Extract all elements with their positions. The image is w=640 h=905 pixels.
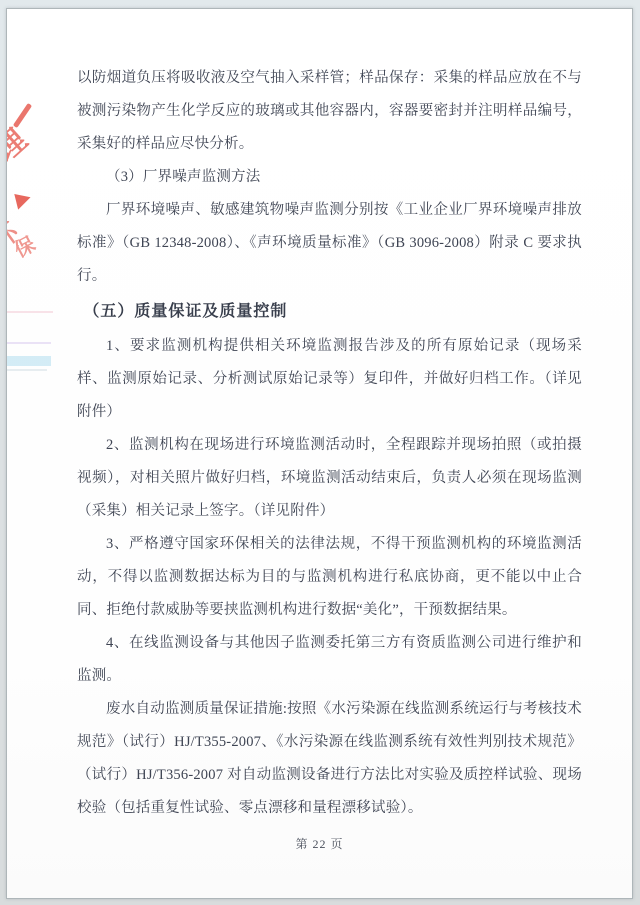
body-paragraph: 以防烟道负压将吸收液及空气抽入采样管；样品保存：采集的样品应放在不与被测污染物产…: [77, 62, 582, 161]
scan-artifact: [7, 311, 53, 313]
stamp-character: 环: [7, 213, 25, 257]
stamp-triangle-icon: [14, 190, 32, 209]
body-paragraph: 2、监测机构在现场进行环境监测活动时，全程跟踪并现场拍照（或拍摄视频），对相关照…: [77, 429, 582, 528]
document-page: 理 环 保 以防烟道负压将吸收液及空气抽入采样管；样品保存：采集的样品应放在不与…: [6, 8, 633, 899]
page-footer: 第 22 页: [7, 835, 632, 852]
stamp-stroke-icon: [13, 103, 32, 128]
scan-artifact: [7, 356, 51, 366]
scan-artifact: [7, 369, 47, 371]
body-paragraph: 废水自动监测质量保证措施:按照《水污染源在线监测系统运行与考核技术规范》（试行）…: [77, 693, 582, 825]
stamp-character: 理: [7, 117, 35, 170]
scan-artifact: [7, 342, 51, 344]
body-paragraph: 3、严格遵守国家环保相关的法律法规，不得干预监测机构的环境监测活动，不得以监测数…: [77, 528, 582, 627]
stamp-character: 保: [8, 228, 39, 263]
body-paragraph: 厂界环境噪声、敏感建筑物噪声监测分别按《工业企业厂界环境噪声排放标准》（GB 1…: [77, 194, 582, 293]
section-heading: （五）质量保证及质量控制: [77, 295, 582, 328]
red-seal-stamp: 理 环 保: [7, 95, 43, 271]
document-body: 以防烟道负压将吸收液及空气抽入采样管；样品保存：采集的样品应放在不与被测污染物产…: [77, 62, 582, 825]
body-paragraph: （3）厂界噪声监测方法: [77, 161, 582, 194]
body-paragraph: 4、在线监测设备与其他因子监测委托第三方有资质监测公司进行维护和监测。: [77, 627, 582, 693]
body-paragraph: 1、要求监测机构提供相关环境监测报告涉及的所有原始记录（现场采样、监测原始记录、…: [77, 330, 582, 429]
